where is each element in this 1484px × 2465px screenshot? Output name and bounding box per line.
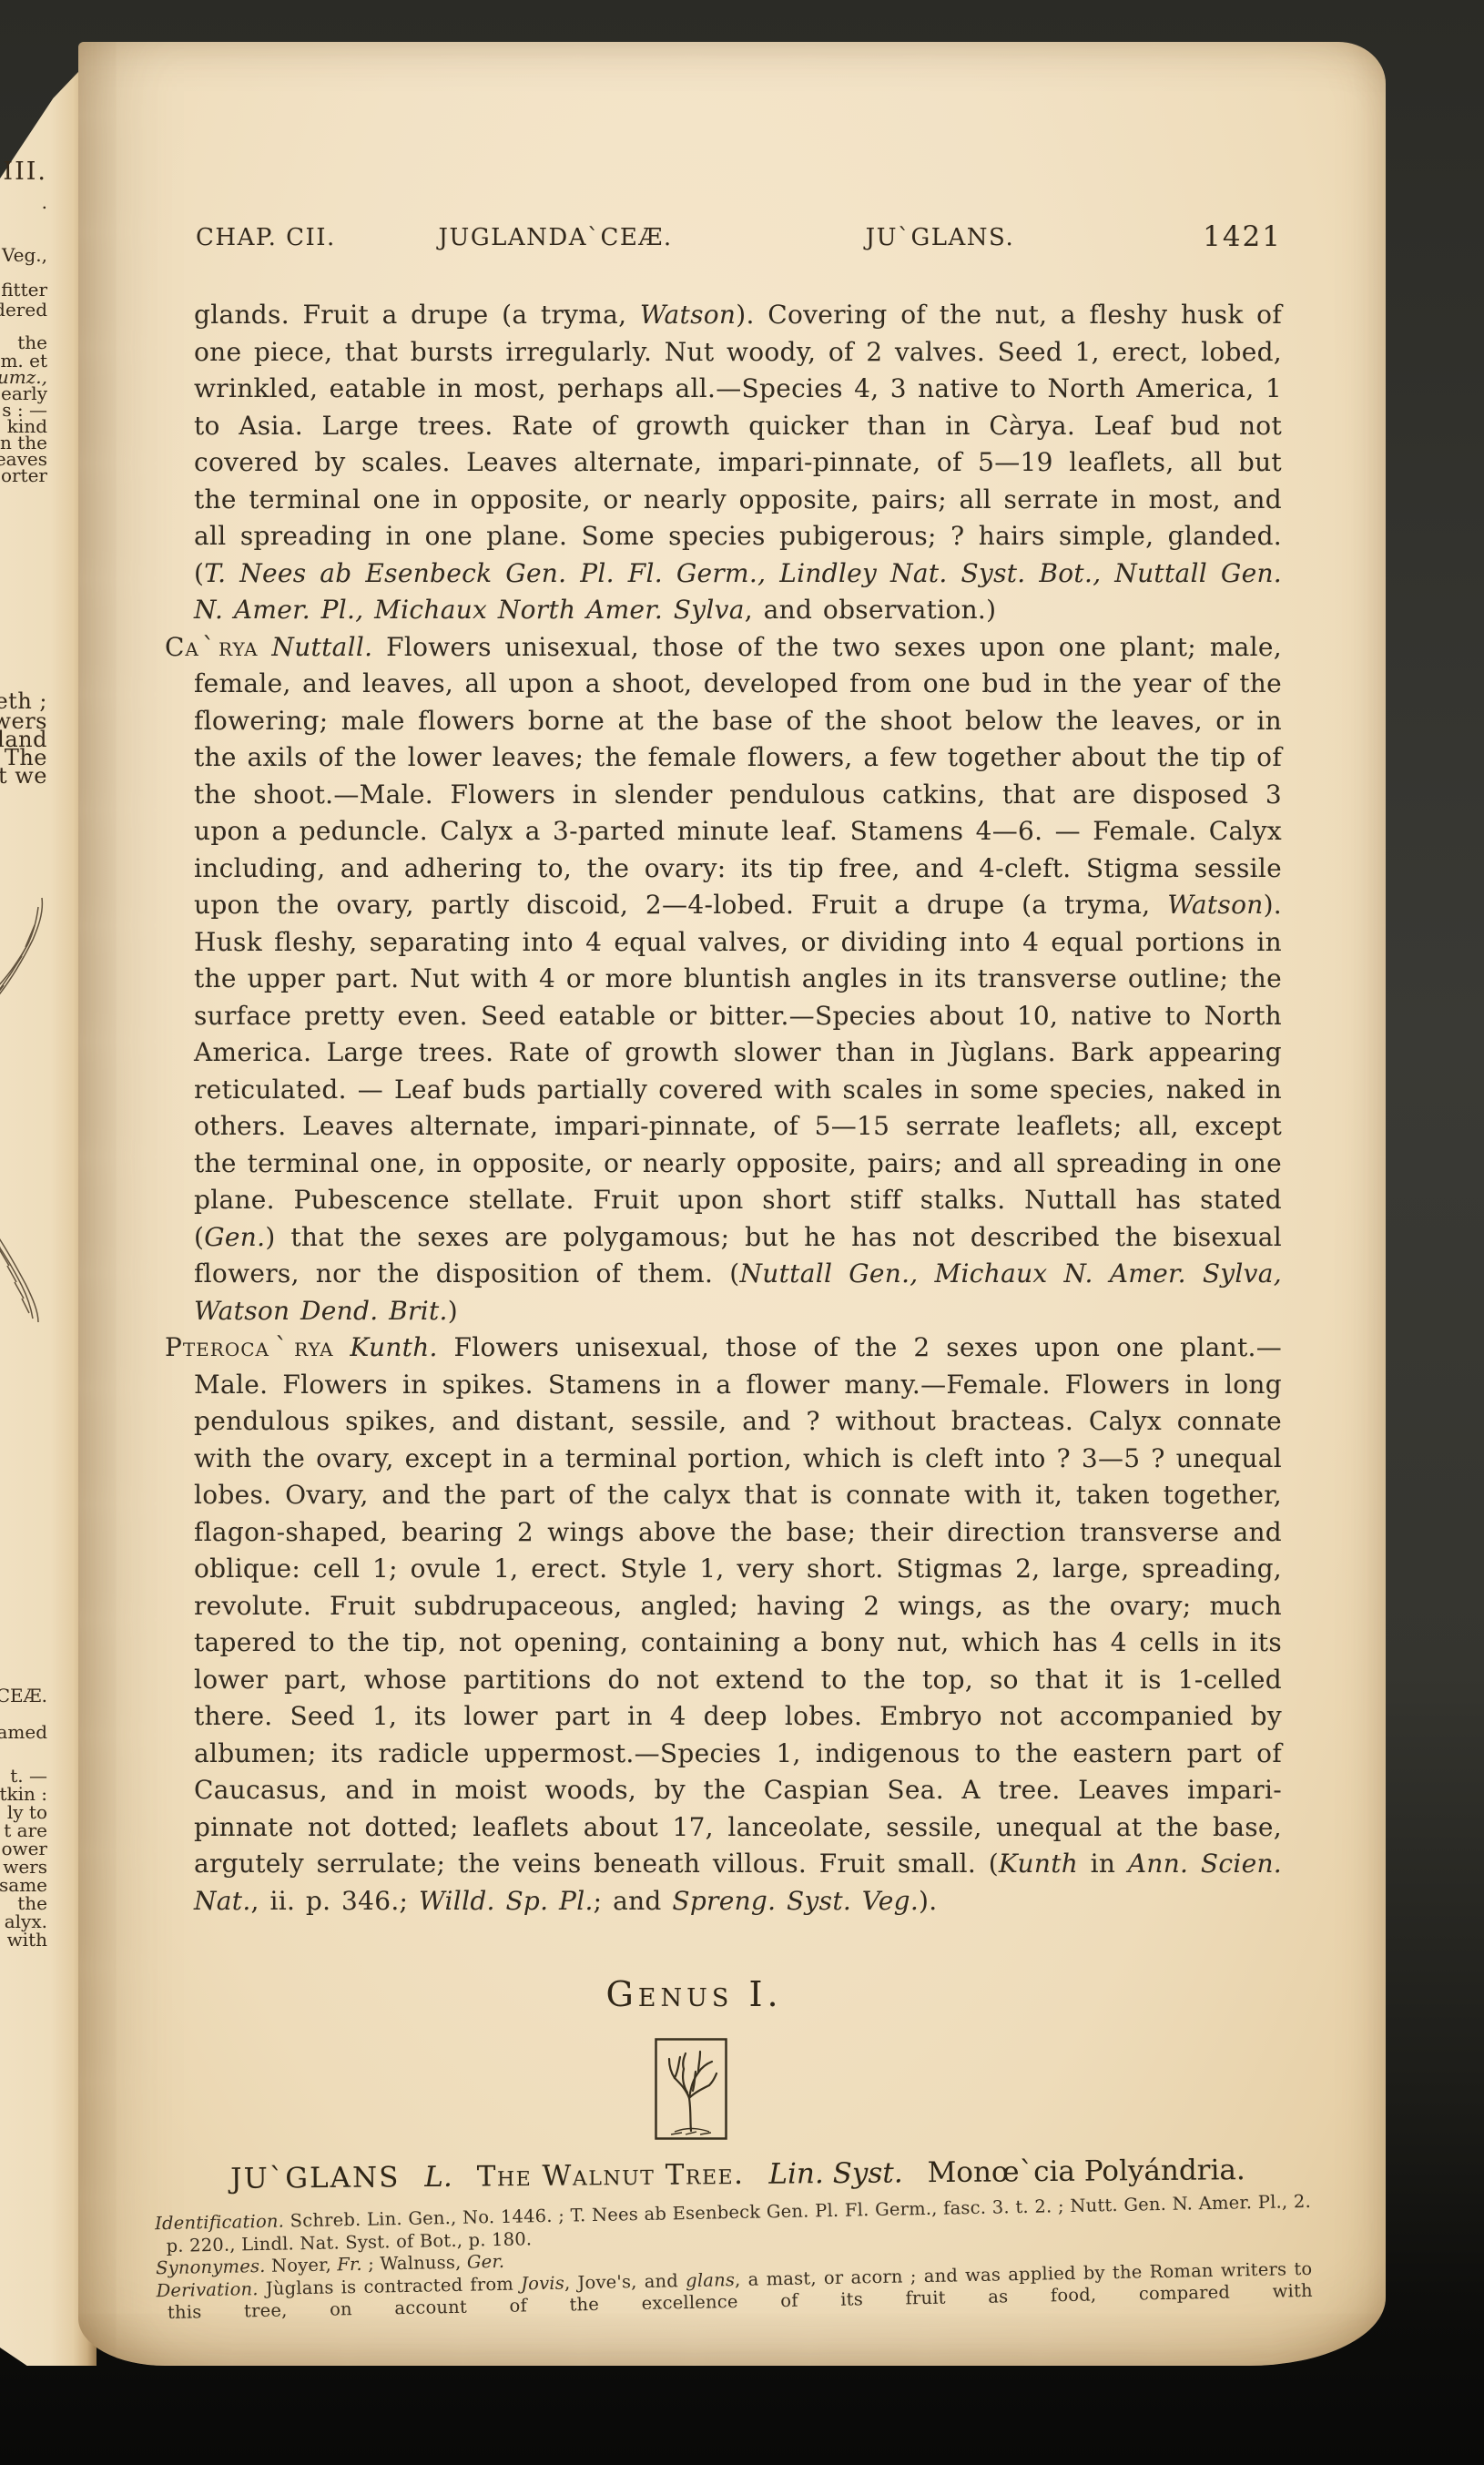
text-run: Synonymes. bbox=[156, 2256, 266, 2278]
text-run bbox=[259, 632, 272, 662]
text-run: Watson bbox=[1167, 890, 1263, 920]
text-run: Kunth. bbox=[350, 1332, 437, 1362]
species-genus: JUˋGLANS bbox=[230, 2161, 400, 2195]
text-run: Fr. bbox=[337, 2254, 362, 2276]
linnaean-system-value: Monœˋcia Polyándria. bbox=[927, 2154, 1245, 2189]
body-text: glands. Fruit a drupe (a tryma, Watson).… bbox=[194, 297, 1282, 1920]
text-run: ). Husk fleshy, separating into 4 equal … bbox=[194, 890, 1282, 1252]
identification-block: Identification. Schreb. Lin. Gen., No. 1… bbox=[155, 2191, 1313, 2325]
text-run: T. Nees ab Esenbeck Gen. Pl. Fl. Germ., … bbox=[194, 558, 1282, 626]
text-run: Noyer, bbox=[265, 2254, 337, 2277]
species-author: L. bbox=[424, 2161, 452, 2194]
text-run: , ii. p. 346.; bbox=[251, 1886, 419, 1916]
text-run: , and observation.) bbox=[745, 595, 997, 625]
species-common-name: The Walnut Tree. bbox=[477, 2158, 745, 2194]
text-run: glands. Fruit a drupe (a tryma, bbox=[194, 300, 640, 330]
body-paragraph: Pterocaˋrya Kunth. Flowers unisexual, th… bbox=[194, 1329, 1282, 1920]
text-run: Ger. bbox=[467, 2251, 505, 2273]
text-run: Pterocaˋrya bbox=[165, 1332, 334, 1362]
genus-ornament bbox=[147, 2038, 1235, 2140]
text-run: Flowers unisexual, those of the two sexe… bbox=[194, 632, 1282, 921]
page-number: 1421 bbox=[1203, 220, 1282, 253]
page-content: CHAP. CII. JUGLANDAˋCEÆ. JUˋGLANS. 1421 … bbox=[194, 42, 1282, 2316]
species-heading: JUˋGLANS L. The Walnut Tree. Lin. Syst. … bbox=[194, 2154, 1282, 2195]
text-run: Spreng. Syst. Veg. bbox=[672, 1886, 919, 1916]
text-run: Nuttall. bbox=[271, 632, 372, 662]
genus-name: JUˋGLANS. bbox=[866, 224, 1015, 251]
text-run: Caˋrya bbox=[165, 632, 259, 662]
text-run bbox=[334, 1332, 351, 1362]
text-run: ). Covering of the nut, a fleshy husk of… bbox=[194, 300, 1282, 588]
text-run: ; Walnuss, bbox=[362, 2252, 468, 2275]
text-run: Kunth bbox=[999, 1849, 1078, 1879]
genus-heading: Genus I. bbox=[150, 1974, 1238, 2014]
text-run: , Jove's, and bbox=[564, 2270, 686, 2294]
family-name: JUGLANDAˋCEÆ. bbox=[438, 224, 672, 251]
text-run: ; and bbox=[594, 1886, 673, 1916]
body-paragraph: Caˋrya Nuttall. Flowers unisexual, those… bbox=[194, 629, 1282, 1330]
text-run: ) bbox=[448, 1296, 458, 1326]
leafless-tree-woodcut-icon bbox=[655, 2038, 727, 2140]
book-scan: III..Veg.,fitterderedthem. etumz.,earlys… bbox=[0, 0, 1484, 2465]
text-run: Jovis bbox=[521, 2272, 564, 2294]
text-run: Identification. bbox=[155, 2211, 284, 2235]
linnaean-system-label: Lin. Syst. bbox=[768, 2156, 902, 2190]
running-head-center: JUGLANDAˋCEÆ. JUˋGLANS. bbox=[438, 224, 1014, 251]
text-run: in bbox=[1078, 1849, 1128, 1879]
text-run: Jùglans is contracted from bbox=[258, 2273, 521, 2299]
text-run: Flowers unisexual, those of the 2 sexes … bbox=[194, 1332, 1282, 1879]
text-run: ). bbox=[919, 1886, 937, 1916]
text-run: Watson bbox=[640, 300, 736, 330]
text-run: Gen. bbox=[204, 1222, 265, 1252]
running-head: CHAP. CII. JUGLANDAˋCEÆ. JUˋGLANS. 1421 bbox=[194, 222, 1282, 255]
book-page: CHAP. CII. JUGLANDAˋCEÆ. JUˋGLANS. 1421 … bbox=[78, 42, 1386, 2366]
chapter-label: CHAP. CII. bbox=[196, 224, 336, 251]
text-run: glans bbox=[686, 2269, 735, 2291]
text-run: Derivation. bbox=[156, 2278, 259, 2301]
text-run: Willd. Sp. Pl. bbox=[419, 1886, 594, 1916]
body-paragraph: glands. Fruit a drupe (a tryma, Watson).… bbox=[194, 297, 1282, 629]
